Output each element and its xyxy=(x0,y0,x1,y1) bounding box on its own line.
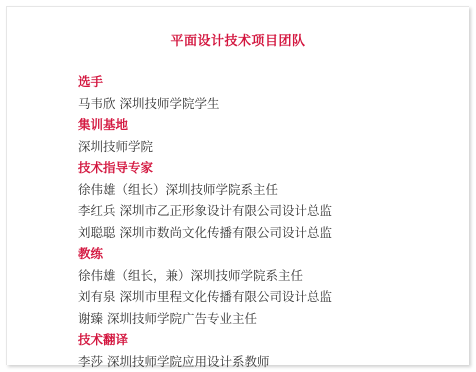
list-item: 刘有泉 深圳市里程文化传播有限公司设计总监 xyxy=(78,286,332,308)
list-item: 徐伟雄（组长，兼）深圳技师学院系主任 xyxy=(78,265,332,287)
section-heading-coaches: 教练 xyxy=(78,243,332,265)
page-title: 平面设计技术项目团队 xyxy=(7,30,469,49)
list-item: 谢臻 深圳技师学院广告专业主任 xyxy=(78,308,332,330)
list-item: 马韦欣 深圳技师学院学生 xyxy=(78,93,332,115)
section-heading-translator: 技术翻译 xyxy=(78,329,332,351)
list-item: 李莎 深圳技师学院应用设计系教师 xyxy=(78,351,332,372)
section-heading-contestant: 选手 xyxy=(78,71,332,93)
team-list: 选手 马韦欣 深圳技师学院学生 集训基地 深圳技师学院 技术指导专家 徐伟雄（组… xyxy=(78,71,332,372)
list-item: 徐伟雄（组长）深圳技师学院系主任 xyxy=(78,179,332,201)
list-item: 李红兵 深圳市乙正形象设计有限公司设计总监 xyxy=(78,200,332,222)
team-card: 平面设计技术项目团队 选手 马韦欣 深圳技师学院学生 集训基地 深圳技师学院 技… xyxy=(6,6,469,365)
list-item: 刘聪聪 深圳市数尚文化传播有限公司设计总监 xyxy=(78,222,332,244)
list-item: 深圳技师学院 xyxy=(78,136,332,158)
section-heading-training-base: 集训基地 xyxy=(78,114,332,136)
section-heading-technical-experts: 技术指导专家 xyxy=(78,157,332,179)
